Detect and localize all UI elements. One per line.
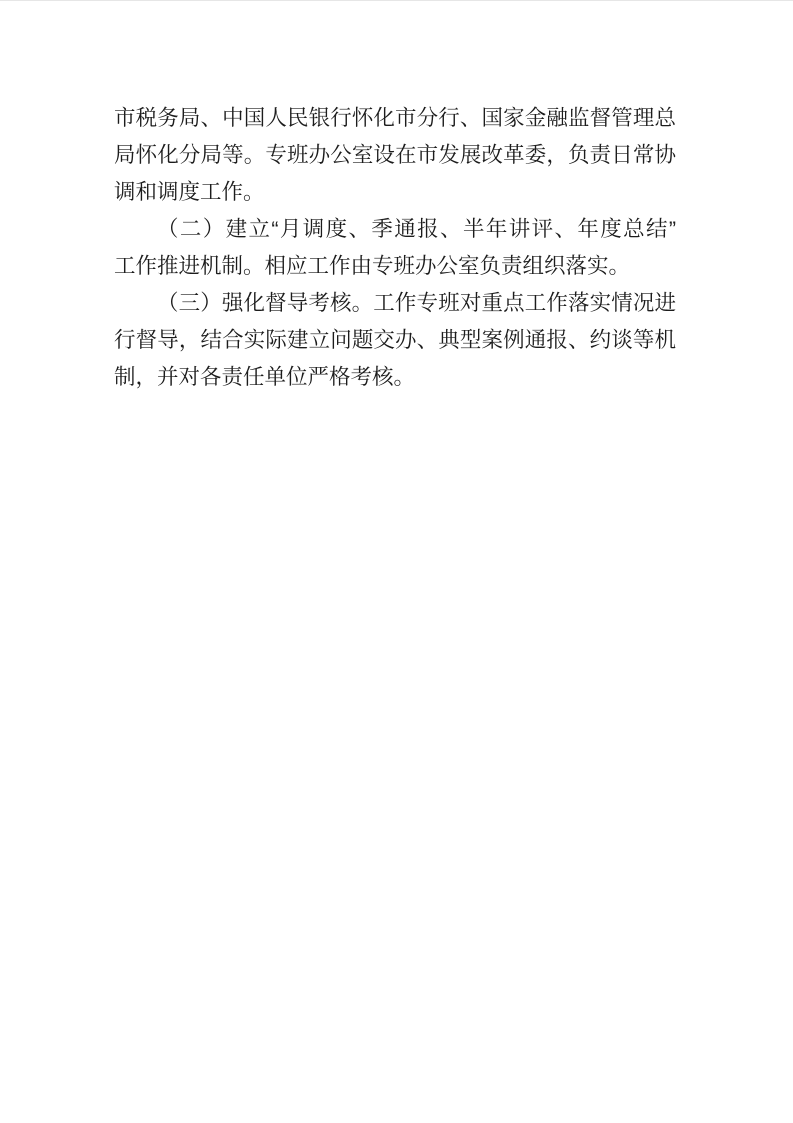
document-text-block: 市税务局、中国人民银行怀化市分行、国家金融监督管理总 局怀化分局等。专班办公室设…	[114, 100, 676, 396]
document-page: 市税务局、中国人民银行怀化市分行、国家金融监督管理总 局怀化分局等。专班办公室设…	[0, 0, 793, 1123]
text-line: 调和调度工作。	[114, 174, 676, 211]
text-line: （二）建立“月调度、季通报、半年讲评、年度总结”	[114, 211, 676, 248]
text-line: 制，并对各责任单位严格考核。	[114, 359, 676, 396]
text-line: 局怀化分局等。专班办公室设在市发展改革委，负责日常协	[114, 137, 676, 174]
text-line: 市税务局、中国人民银行怀化市分行、国家金融监督管理总	[114, 100, 676, 137]
text-line: 工作推进机制。相应工作由专班办公室负责组织落实。	[114, 248, 676, 285]
text-line: 行督导，结合实际建立问题交办、典型案例通报、约谈等机	[114, 322, 676, 359]
text-line: （三）强化督导考核。工作专班对重点工作落实情况进	[114, 285, 676, 322]
